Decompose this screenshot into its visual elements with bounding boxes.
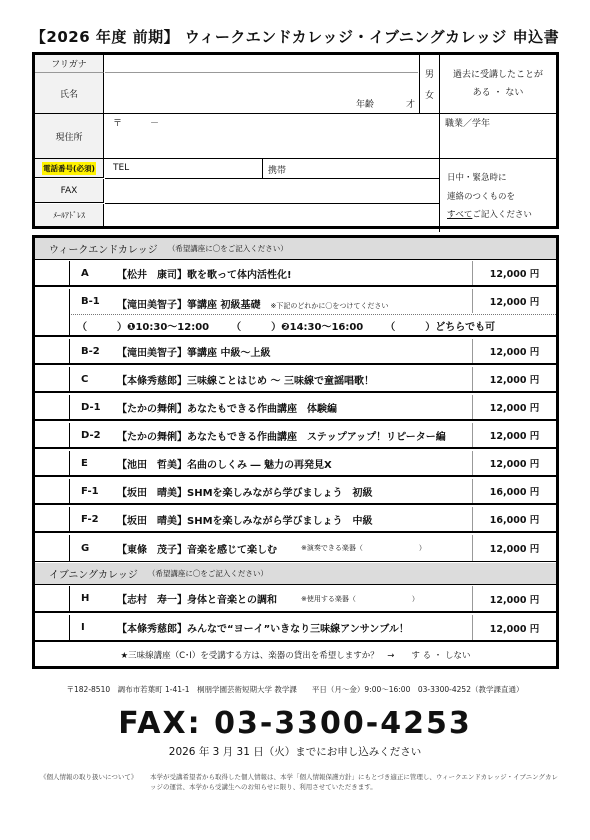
contact-note-line2: 連絡のつくものを bbox=[447, 190, 515, 202]
weekend-header-note: （希望講座に〇をご記入ください） bbox=[168, 243, 288, 254]
course-teacher: 【滝田美智子】 bbox=[117, 344, 187, 359]
b1-option-either[interactable]: （ ）どちらでも可 bbox=[385, 318, 495, 333]
course-price: 12,000 円 bbox=[472, 535, 556, 561]
course-d2-select-cell[interactable] bbox=[35, 423, 70, 447]
course-desc: 【松井 康司】歌を歌って体内活性化! bbox=[117, 261, 292, 285]
course-title: 身体と音楽との調和 bbox=[187, 591, 277, 606]
address-label: 現住所 bbox=[35, 114, 104, 158]
course-title: SHMを楽しみながら学びましょう 初級 bbox=[187, 484, 373, 499]
privacy-body: 本学が受講希望者から取得した個人情報は、本学「個人情報保護方針」にもとづき適正に… bbox=[150, 772, 560, 792]
fax-input[interactable] bbox=[105, 179, 439, 203]
occupation-label: 職業／学年 bbox=[445, 116, 490, 129]
course-row-d1: D-1 【たかの舞俐】あなたもできる作曲講座 体験編 12,000 円 bbox=[35, 395, 556, 421]
contact-note-emphasis: すべて bbox=[447, 210, 472, 220]
course-row-b2: B-2 【滝田美智子】箏講座 中級～上級 12,000 円 bbox=[35, 339, 556, 365]
course-price: 12,000 円 bbox=[472, 586, 556, 611]
contact-note-line1: 日中・緊急時に bbox=[447, 171, 507, 183]
past-attendance-label: 過去に受講したことが bbox=[440, 67, 556, 80]
course-f2-select-cell[interactable] bbox=[35, 507, 70, 531]
course-price: 12,000 円 bbox=[472, 289, 556, 313]
course-row-i: I 【本條秀慈郎】みんなで“ヨーイ”いきなり三味線アンサンブル！ 12,000 … bbox=[35, 615, 556, 642]
contact-note-line3: すべてご記入ください bbox=[447, 208, 532, 220]
course-code: B-1 bbox=[81, 296, 100, 307]
course-desc: 【坂田 晴美】SHMを楽しみながら学びましょう 初級 bbox=[117, 479, 373, 503]
course-h-select-cell[interactable] bbox=[35, 586, 70, 611]
course-title: 名曲のしくみ ― 魅力の再発見X bbox=[187, 456, 332, 471]
fax-label: FAX bbox=[35, 179, 104, 203]
gender-male-option[interactable]: 男 bbox=[425, 67, 434, 80]
course-f1-select-cell[interactable] bbox=[35, 479, 70, 503]
course-row-d2: D-2 【たかの舞俐】あなたもできる作曲講座 ステップアップ！リピーター編 12… bbox=[35, 423, 556, 449]
course-price: 16,000 円 bbox=[472, 507, 556, 531]
course-desc: 【東條 茂子】音楽を感じて楽しむ※演奏できる楽器（ ） bbox=[117, 535, 426, 561]
evening-header-title: イブニングカレッジ bbox=[49, 566, 138, 581]
tel-label: TEL bbox=[113, 163, 129, 173]
privacy-notice: 《個人情報の取り扱いについて》 本学が受講希望者から取得した個人情報は、本学「個… bbox=[40, 772, 560, 792]
course-teacher: 【滝田美智子】 bbox=[117, 300, 187, 311]
course-teacher: 【池田 哲美】 bbox=[117, 456, 187, 471]
mobile-input[interactable] bbox=[295, 159, 435, 178]
course-price: 12,000 円 bbox=[472, 615, 556, 640]
applicant-info-table: フリガナ 氏名 年齢 才 男 女 過去に受講したことが ある ・ ない 現住所 … bbox=[32, 52, 559, 229]
course-row-g: G 【東條 茂子】音楽を感じて楽しむ※演奏できる楽器（ ） 12,000 円 bbox=[35, 535, 556, 562]
course-price: 12,000 円 bbox=[472, 395, 556, 419]
course-desc: 【池田 哲美】名曲のしくみ ― 魅力の再発見X bbox=[117, 451, 332, 475]
instrument-note[interactable]: ※使用する楽器（ ） bbox=[301, 594, 419, 604]
course-title: 箏講座 中級～上級 bbox=[187, 344, 270, 359]
contact-note-rest: ご記入ください bbox=[472, 210, 532, 220]
course-desc: 【たかの舞俐】あなたもできる作曲講座 ステップアップ！リピーター編 bbox=[117, 423, 446, 447]
course-desc: 【本條秀慈郎】みんなで“ヨーイ”いきなり三味線アンサンブル！ bbox=[117, 615, 409, 640]
age-label: 年齢 bbox=[356, 97, 374, 110]
age-unit: 才 bbox=[406, 97, 415, 110]
weekend-section-header: ウィークエンドカレッジ （希望講座に〇をご記入ください） bbox=[35, 238, 556, 260]
course-price: 12,000 円 bbox=[472, 339, 556, 363]
course-title: あなたもできる作曲講座 体験編 bbox=[187, 400, 337, 415]
course-b1-select-cell[interactable] bbox=[35, 289, 70, 335]
course-title: 箏講座 初級基礎 bbox=[187, 300, 260, 311]
evening-section-header: イブニングカレッジ （希望講座に〇をご記入ください） bbox=[35, 563, 556, 585]
course-code: H bbox=[81, 586, 89, 611]
course-row-b1: B-1 【滝田美智子】箏講座 初級基礎※下記のどれかに〇をつけてください 12,… bbox=[35, 289, 556, 337]
course-title: あなたもできる作曲講座 ステップアップ！リピーター編 bbox=[187, 428, 446, 443]
course-code: A bbox=[81, 261, 89, 285]
furigana-label: フリガナ bbox=[35, 55, 104, 73]
course-teacher: 【東條 茂子】 bbox=[117, 541, 187, 556]
course-row-c: C 【本條秀慈郎】三味線ことはじめ ～ 三味線で童謡唱歌！ 12,000 円 bbox=[35, 367, 556, 393]
course-row-a: A 【松井 康司】歌を歌って体内活性化! 12,000 円 bbox=[35, 261, 556, 287]
course-teacher: 【志村 寿一】 bbox=[117, 591, 187, 606]
course-title: みんなで“ヨーイ”いきなり三味線アンサンブル！ bbox=[187, 620, 409, 635]
course-price: 12,000 円 bbox=[472, 423, 556, 447]
course-c-select-cell[interactable] bbox=[35, 367, 70, 391]
course-g-select-cell[interactable] bbox=[35, 535, 70, 561]
furigana-input[interactable] bbox=[105, 55, 418, 73]
course-teacher: 【松井 康司】 bbox=[117, 266, 187, 281]
course-desc: 【志村 寿一】身体と音楽との調和※使用する楽器（ ） bbox=[117, 586, 419, 611]
course-desc: 【滝田美智子】箏講座 初級基礎※下記のどれかに〇をつけてください bbox=[117, 296, 388, 311]
course-teacher: 【坂田 晴美】 bbox=[117, 512, 187, 527]
course-code: F-1 bbox=[81, 479, 99, 503]
course-teacher: 【たかの舞俐】 bbox=[117, 400, 187, 415]
course-teacher: 【本條秀慈郎】 bbox=[117, 372, 187, 387]
course-a-select-cell[interactable] bbox=[35, 261, 70, 285]
weekend-header-title: ウィークエンドカレッジ bbox=[49, 241, 158, 256]
course-d1-select-cell[interactable] bbox=[35, 395, 70, 419]
course-title: 三味線ことはじめ ～ 三味線で童謡唱歌！ bbox=[187, 372, 374, 387]
course-desc: 【滝田美智子】箏講座 中級～上級 bbox=[117, 339, 270, 363]
course-b2-select-cell[interactable] bbox=[35, 339, 70, 363]
course-code: D-2 bbox=[81, 423, 101, 447]
course-teacher: 【たかの舞俐】 bbox=[117, 428, 187, 443]
course-i-select-cell[interactable] bbox=[35, 615, 70, 640]
deadline-notice: 2026 年 3 月 31 日（火）までにお申し込みください bbox=[0, 744, 590, 759]
course-title: SHMを楽しみながら学びましょう 中級 bbox=[187, 512, 373, 527]
email-label: ﾒｰﾙｱﾄﾞﾚｽ bbox=[35, 204, 104, 226]
course-selection-table: ウィークエンドカレッジ （希望講座に〇をご記入ください） A 【松井 康司】歌を… bbox=[32, 235, 559, 669]
b1-option-morning[interactable]: （ ）❶10:30～12:00 bbox=[77, 318, 209, 333]
email-input[interactable] bbox=[105, 204, 439, 226]
occupation-input[interactable] bbox=[440, 130, 556, 158]
name-label: 氏名 bbox=[35, 73, 104, 113]
course-code: I bbox=[81, 615, 85, 640]
gender-female-option[interactable]: 女 bbox=[425, 88, 434, 101]
course-code: D-1 bbox=[81, 395, 101, 419]
course-price: 12,000 円 bbox=[472, 367, 556, 391]
course-row-f2: F-2 【坂田 晴美】SHMを楽しみながら学びましょう 中級 16,000 円 bbox=[35, 507, 556, 533]
course-code: F-2 bbox=[81, 507, 99, 531]
course-desc: 【坂田 晴美】SHMを楽しみながら学びましょう 中級 bbox=[117, 507, 373, 531]
course-teacher: 【本條秀慈郎】 bbox=[117, 620, 187, 635]
course-row-e: E 【池田 哲美】名曲のしくみ ― 魅力の再発見X 12,000 円 bbox=[35, 451, 556, 477]
contact-address: 〒182-8510 調布市若葉町 1-41-1 桐朋学園芸術短期大学 教学課 平… bbox=[0, 684, 590, 695]
mobile-label: 携帯 bbox=[268, 163, 286, 176]
course-code: E bbox=[81, 451, 88, 475]
course-teacher: 【坂田 晴美】 bbox=[117, 484, 187, 499]
address-input[interactable] bbox=[105, 114, 439, 158]
course-price: 16,000 円 bbox=[472, 479, 556, 503]
instrument-note[interactable]: ※演奏できる楽器（ ） bbox=[301, 543, 426, 553]
course-e-select-cell[interactable] bbox=[35, 451, 70, 475]
past-attendance-options[interactable]: ある ・ ない bbox=[440, 85, 556, 98]
course-row-f1: F-1 【坂田 晴美】SHMを楽しみながら学びましょう 初級 16,000 円 bbox=[35, 479, 556, 505]
phone-required-label: 電話番号(必須) bbox=[42, 162, 96, 175]
evening-header-note: （希望講座に〇をご記入ください） bbox=[148, 568, 268, 579]
course-desc: 【本條秀慈郎】三味線ことはじめ ～ 三味線で童謡唱歌！ bbox=[117, 367, 374, 391]
tel-input[interactable] bbox=[135, 159, 260, 178]
course-desc: 【たかの舞俐】あなたもできる作曲講座 体験編 bbox=[117, 395, 337, 419]
course-price: 12,000 円 bbox=[472, 261, 556, 285]
course-code: B-2 bbox=[81, 339, 100, 363]
course-code: C bbox=[81, 367, 88, 391]
age-input[interactable] bbox=[380, 93, 402, 109]
b1-option-afternoon[interactable]: （ ）❷14:30～16:00 bbox=[231, 318, 363, 333]
shamisen-rental-question[interactable]: ★三味線講座（C･I）を受講する方は、楽器の貸出を希望しますか？ → す る ・… bbox=[35, 644, 556, 666]
course-title: 音楽を感じて楽しむ bbox=[187, 541, 277, 556]
course-row-h: H 【志村 寿一】身体と音楽との調和※使用する楽器（ ） 12,000 円 bbox=[35, 586, 556, 613]
course-title: 歌を歌って体内活性化! bbox=[187, 266, 292, 281]
course-price: 12,000 円 bbox=[472, 451, 556, 475]
privacy-title: 《個人情報の取り扱いについて》 bbox=[40, 772, 150, 792]
course-note: ※下記のどれかに〇をつけてください bbox=[270, 302, 388, 310]
fax-number: FAX: 03-3300-4253 bbox=[0, 706, 590, 741]
course-code: G bbox=[81, 535, 89, 561]
phone-label-cell: 電話番号(必須) bbox=[35, 159, 104, 178]
form-title: 【2026 年度 前期】 ウィークエンドカレッジ・イブニングカレッジ 申込書 bbox=[0, 26, 590, 47]
b1-time-options: （ ）❶10:30～12:00 （ ）❷14:30～16:00 （ ）どちらでも… bbox=[71, 314, 556, 335]
